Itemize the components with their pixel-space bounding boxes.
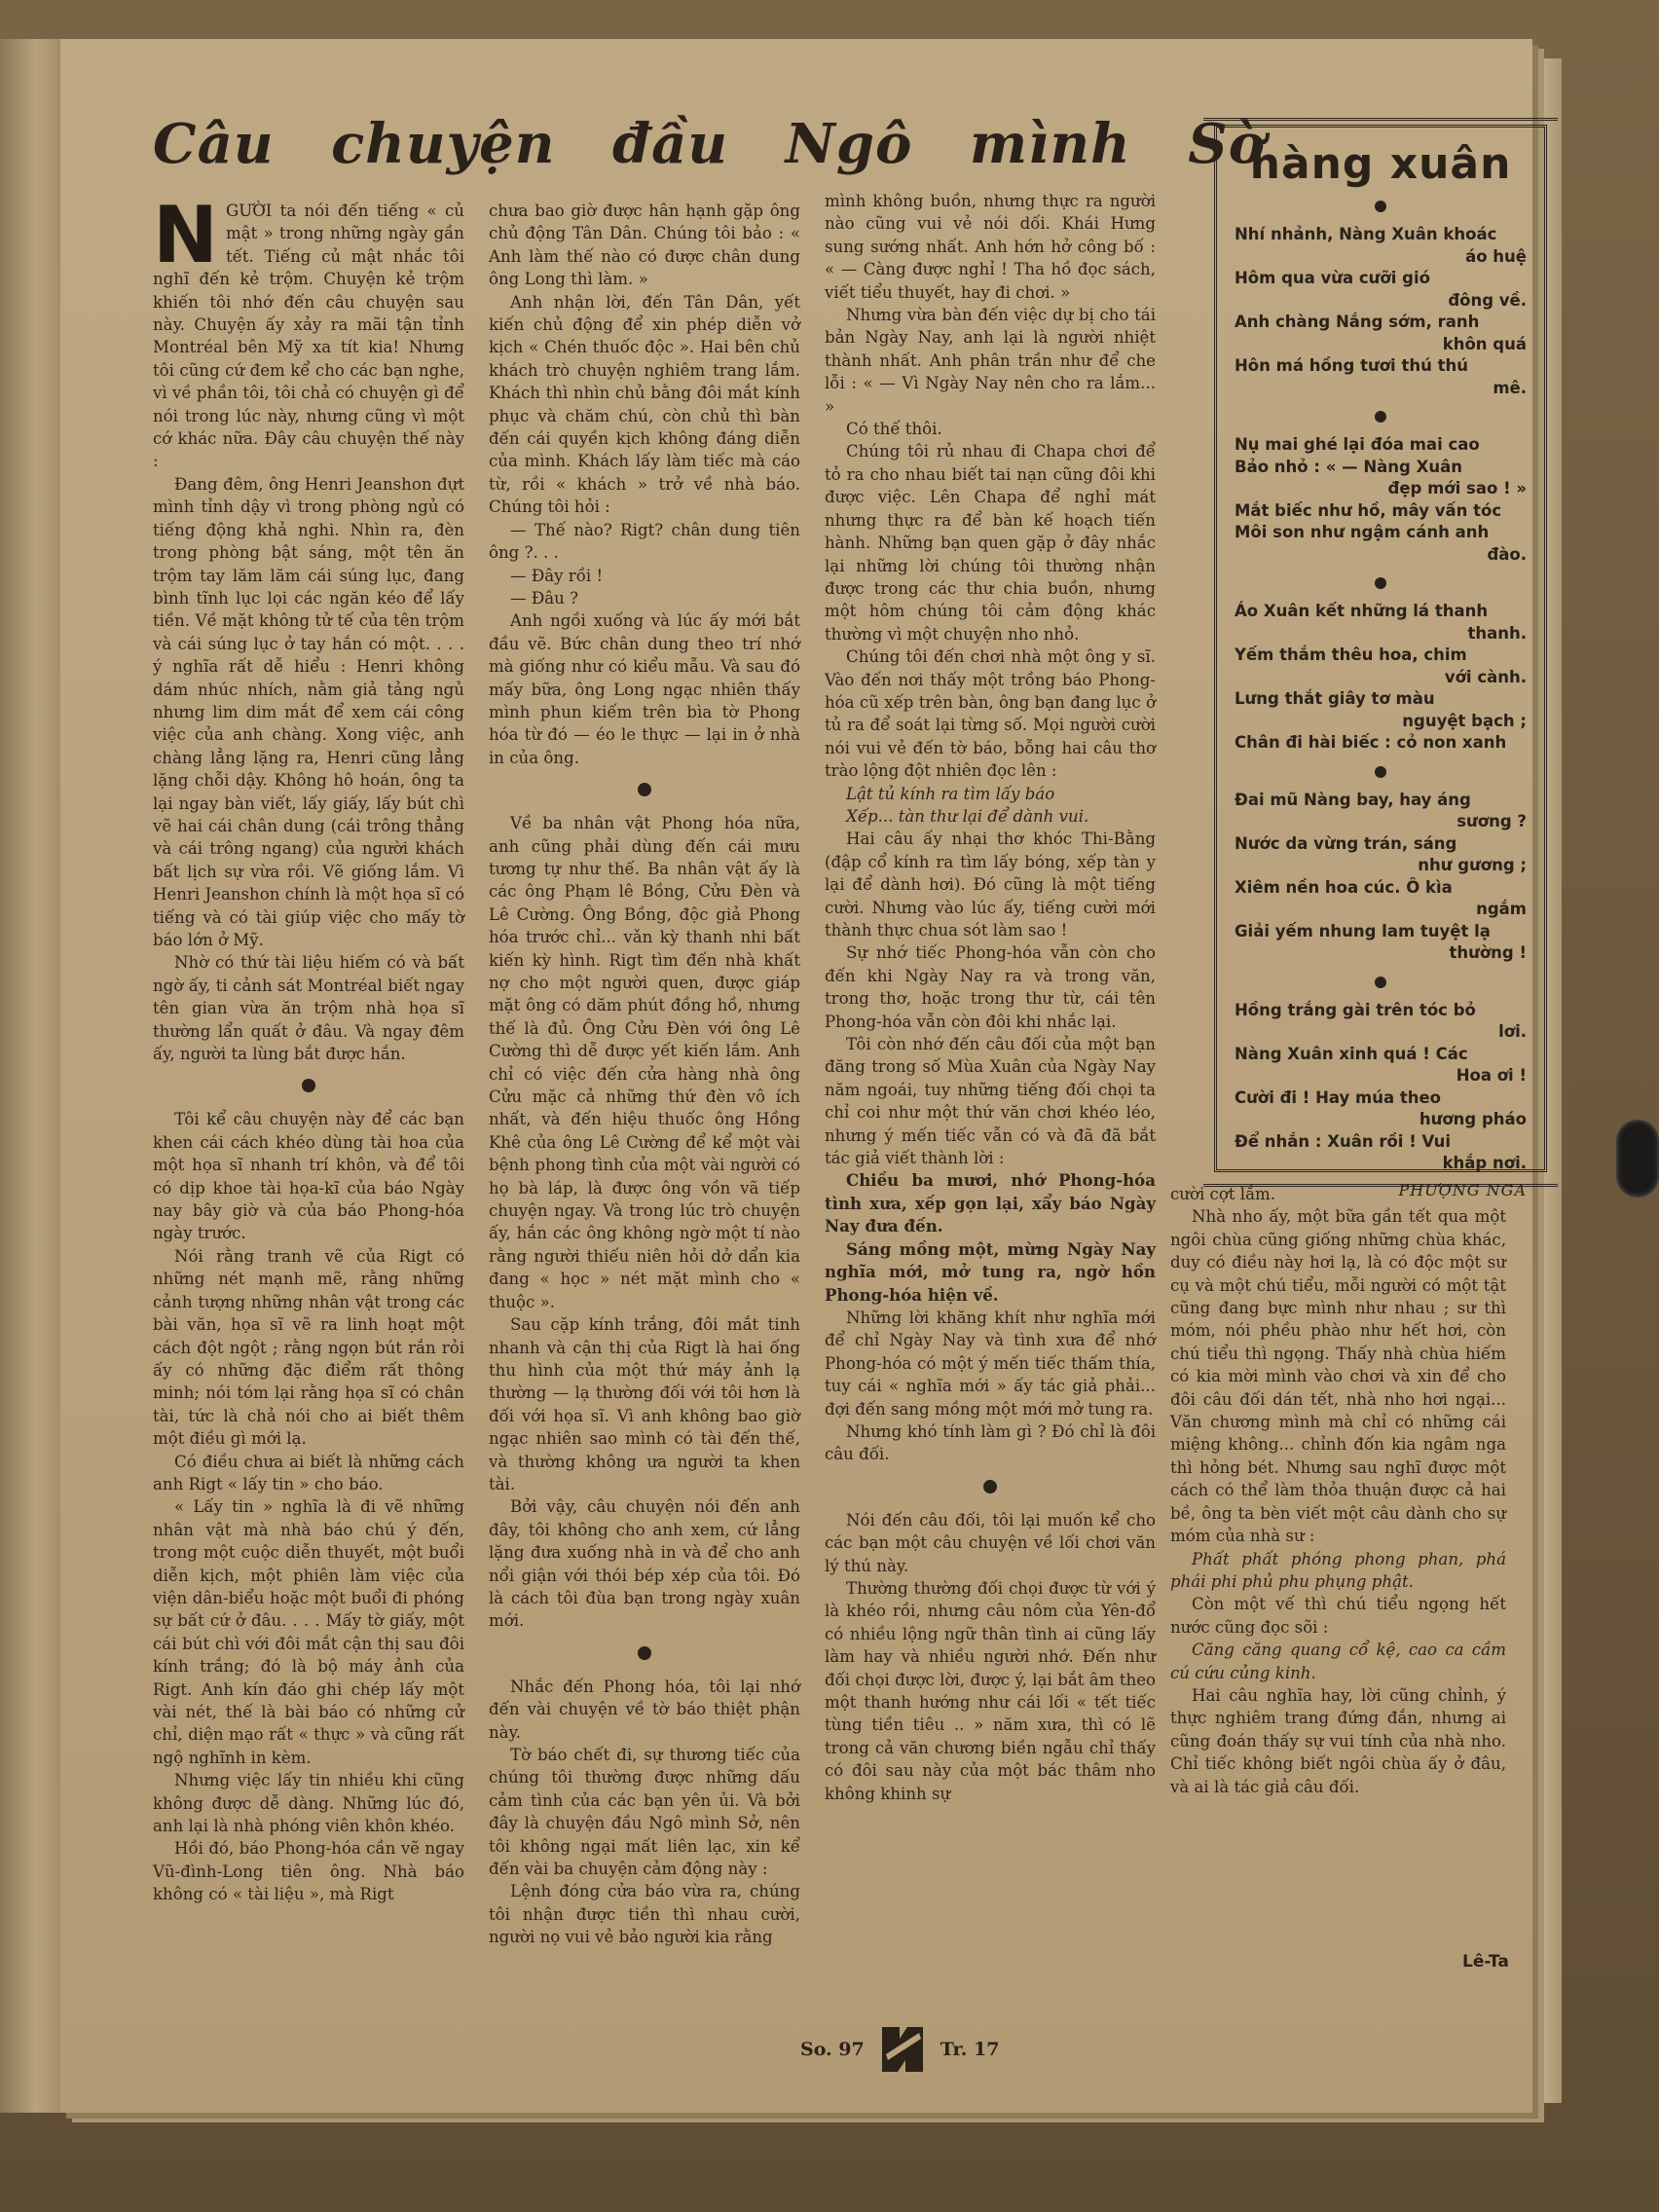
article-paragraph: NGƯỜI ta nói đến tiếng « củ mật » trong … (153, 200, 464, 473)
poem-box: nàng xuân Nhí nhảnh, Nàng Xuân khoácáo h… (1214, 125, 1547, 1172)
article-paragraph: Hai câu nghĩa hay, lời cũng chỉnh, ý thự… (1170, 1684, 1506, 1798)
article-paragraph: Tôi còn nhớ đến câu đối của một bạn đăng… (825, 1033, 1156, 1169)
poem-line: Anh chàng Nắng sớm, ranh (1235, 312, 1527, 334)
section-divider-bullet-icon (638, 783, 651, 796)
poem-stanza: Hồng trắng gài trên tóc bỏlơi.Nàng Xuân … (1235, 1000, 1527, 1175)
stanza-divider-bullet-icon (1375, 577, 1386, 589)
article-paragraph: Sự nhớ tiếc Phong-hóa vẫn còn cho đến kh… (825, 941, 1156, 1033)
poem-line: Lưng thắt giây tơ màu (1235, 688, 1527, 711)
poem-line-continuation: thường ! (1235, 942, 1527, 965)
article-paragraph: Thường thường đối chọi được từ với ý là … (825, 1577, 1156, 1805)
article-paragraph: Còn một vế thì chú tiểu ngọng hết nước c… (1170, 1593, 1506, 1639)
article-paragraph: Nhưng khó tính làm gì ? Đó chỉ là đôi câ… (825, 1420, 1156, 1466)
poem-line: Xiêm nền hoa cúc. Ô kìa (1235, 877, 1527, 900)
article-column-4: cười cợt lắm.Nhà nho ấy, một bữa gần tết… (1170, 1183, 1506, 1798)
poem-line: Bảo nhỏ : « — Nàng Xuân (1235, 457, 1527, 479)
poem-line: Nhí nhảnh, Nàng Xuân khoác (1235, 224, 1527, 246)
article-paragraph: Về ba nhân vật Phong hóa nữa, anh cũng p… (489, 812, 800, 1313)
article-paragraph: Anh nhận lời, đến Tân Dân, yết kiến chủ … (489, 291, 800, 519)
poem-line: Nước da vừng trán, sáng (1235, 833, 1527, 856)
article-paragraph: mình không buồn, nhưng thực ra người nào… (825, 190, 1156, 304)
article-paragraph: Chúng tôi rủ nhau đi Chapa chơi để tỏ ra… (825, 440, 1156, 645)
issue-number: So. 97 (800, 2039, 865, 2060)
article-paragraph: Chiều ba mươi, nhớ Phong-hóa tình xưa, x… (825, 1169, 1156, 1237)
stanza-divider-bullet-icon (1375, 411, 1386, 423)
poem-line-continuation: khắp nơi. (1235, 1153, 1527, 1175)
poem-line-continuation: như gương ; (1235, 855, 1527, 877)
article-paragraph: Những lời khăng khít như nghĩa mới để ch… (825, 1307, 1156, 1420)
article-paragraph: Anh ngồi xuống và lúc ấy mới bắt đầu vẽ.… (489, 609, 800, 769)
article-paragraph: Lệnh đóng cửa báo vừa ra, chúng tôi nhận… (489, 1880, 800, 1948)
section-divider-bullet-icon (638, 1646, 651, 1660)
stanza-divider-bullet-icon (1375, 977, 1386, 988)
article-paragraph: Nhờ có thứ tài liệu hiếm có và bất ngờ ấ… (153, 951, 464, 1065)
poem-stanza: Nhí nhảnh, Nàng Xuân khoácáo huệHôm qua … (1235, 224, 1527, 399)
poem-line-continuation: hương pháo (1235, 1109, 1527, 1131)
previous-page-edge (0, 39, 62, 2113)
poem-line: Nàng Xuân xinh quá ! Các (1235, 1044, 1527, 1066)
poem-line-continuation: mê. (1235, 378, 1527, 400)
poem-line-continuation: sương ? (1235, 811, 1527, 833)
poem-line: Đai mũ Nàng bay, hay áng (1235, 790, 1527, 812)
poem-line: Giải yếm nhung lam tuyệt lạ (1235, 921, 1527, 943)
section-divider-bullet-icon (302, 1079, 315, 1092)
poem-stanza: Đai mũ Nàng bay, hay ángsương ?Nước da v… (1235, 790, 1527, 965)
article-paragraph: Hồi đó, báo Phong-hóa cần vẽ ngay Vũ-đìn… (153, 1837, 464, 1905)
poem-title: nàng xuân (1235, 139, 1527, 189)
article-paragraph: Sau cặp kính trắng, đôi mắt tinh nhanh v… (489, 1313, 800, 1495)
poem-line: Cười đi ! Hay múa theo (1235, 1088, 1527, 1110)
poem-line-continuation: đông về. (1235, 290, 1527, 313)
article-paragraph: Tờ báo chết đi, sự thương tiếc của chúng… (489, 1744, 800, 1880)
article-paragraph: cười cợt lắm. (1170, 1183, 1506, 1205)
poem-line: Nụ mai ghé lại đóa mai cao (1235, 434, 1527, 457)
article-paragraph: — Đây rồi ! (489, 565, 800, 587)
article-column-2: chưa bao giờ được hân hạnh gặp ông chủ đ… (489, 200, 800, 1949)
article-paragraph: — Thế nào? Rigt? chân dung tiên ông ?. .… (489, 519, 800, 565)
drop-cap: N (153, 203, 218, 268)
poem-line-continuation: Hoa ơi ! (1235, 1065, 1527, 1088)
nn-monogram-logo-icon (880, 2025, 925, 2074)
poem-line-continuation: áo huệ (1235, 246, 1527, 269)
section-divider-bullet-icon (983, 1480, 997, 1493)
article-paragraph: chưa bao giờ được hân hạnh gặp ông chủ đ… (489, 200, 800, 291)
poem-line-continuation: đào. (1235, 544, 1527, 567)
article-paragraph: Lật tủ kính ra tìm lấy báo (825, 783, 1156, 805)
poem-line: Hôn má hồng tươi thú thú (1235, 355, 1527, 378)
article-paragraph: Nhắc đến Phong hóa, tôi lại nhớ đến vài … (489, 1676, 800, 1744)
poem-stanza: Nụ mai ghé lại đóa mai caoBảo nhỏ : « — … (1235, 434, 1527, 566)
article-paragraph: Chúng tôi đến chơi nhà một ông y sĩ. Vào… (825, 645, 1156, 782)
poem-line-continuation: khôn quá (1235, 334, 1527, 356)
magazine-page: Câu chuyện đầu Ngô mình Sờ NGƯỜI ta nói … (60, 39, 1532, 2113)
article-paragraph: — Đâu ? (489, 587, 800, 609)
poem-line-continuation: nguyệt bạch ; (1235, 711, 1527, 733)
poem-body: Nhí nhảnh, Nàng Xuân khoácáo huệHôm qua … (1235, 201, 1527, 1175)
poem-line: Mắt biếc như hồ, mây vấn tóc (1235, 500, 1527, 523)
article-paragraph: Sáng mồng một, mừng Ngày Nay nghĩa mới, … (825, 1238, 1156, 1307)
article-paragraph: Nhà nho ấy, một bữa gần tết qua một ngôi… (1170, 1205, 1506, 1547)
poem-line-continuation: ngắm (1235, 899, 1527, 921)
article-paragraph: Có thế thôi. (825, 418, 1156, 440)
article-title: Câu chuyện đầu Ngô mình Sờ (153, 112, 1175, 176)
article-column-3: mình không buồn, nhưng thực ra người nào… (825, 190, 1156, 1805)
poem-line-continuation: thanh. (1235, 623, 1527, 645)
page-number: Tr. 17 (940, 2039, 1000, 2060)
article-signature: Lê-Ta (1462, 1952, 1509, 1972)
article-paragraph: Tôi kể câu chuyện này để các bạn khen cá… (153, 1108, 464, 1244)
poem-line: Yếm thắm thêu hoa, chim (1235, 645, 1527, 667)
article-paragraph: Nói đến câu đối, tôi lại muốn kể cho các… (825, 1509, 1156, 1577)
article-column-1: NGƯỜI ta nói đến tiếng « củ mật » trong … (153, 200, 464, 1906)
article-paragraph: Căng căng quang cổ kệ, cao ca cầm cú cứu… (1170, 1639, 1506, 1684)
article-paragraph: Bởi vậy, câu chuyện nói đến anh đây, tôi… (489, 1495, 800, 1632)
poem-line: Để nhắn : Xuân rồi ! Vui (1235, 1131, 1527, 1154)
poem-line: Hồng trắng gài trên tóc bỏ (1235, 1000, 1527, 1022)
poem-line: Chân đi hài biếc : cỏ non xanh (1235, 732, 1527, 755)
article-paragraph: Nói rằng tranh vẽ của Rigt có những nét … (153, 1245, 464, 1451)
article-paragraph: « Lấy tin » nghĩa là đi vẽ những nhân vậ… (153, 1495, 464, 1769)
article-paragraph: Xếp... tàn thư lại để dành vui. (825, 805, 1156, 828)
stanza-divider-bullet-icon (1375, 766, 1386, 778)
poem-line: Áo Xuân kết những lá thanh (1235, 601, 1527, 623)
poem-line: Môi son như ngậm cánh anh (1235, 522, 1527, 544)
poem-line: Hôm qua vừa cưỡi gió (1235, 268, 1527, 290)
poem-line-continuation: lơi. (1235, 1021, 1527, 1044)
article-paragraph: Nhưng việc lấy tin nhiều khi cũng không … (153, 1769, 464, 1837)
stanza-divider-bullet-icon (1375, 201, 1386, 212)
page-footer: So. 97 Tr. 17 (800, 2025, 999, 2074)
poem-stanza: Áo Xuân kết những lá thanhthanh.Yếm thắm… (1235, 601, 1527, 755)
article-paragraph: Nhưng vừa bàn đến việc dự bị cho tái bản… (825, 304, 1156, 418)
binder-ring (1616, 1120, 1659, 1198)
poem-line-continuation: với cành. (1235, 667, 1527, 689)
article-paragraph: Hai câu ấy nhại thơ khóc Thi-Bằng (đập c… (825, 828, 1156, 941)
poem-line-continuation: đẹp mới sao ! » (1235, 478, 1527, 500)
article-paragraph: Có điều chưa ai biết là những cách anh R… (153, 1451, 464, 1496)
article-paragraph: Phất phất phóng phong phan, phá phái phi… (1170, 1548, 1506, 1594)
article-paragraph: Đang đêm, ông Henri Jeanshon đựt mình tỉ… (153, 473, 464, 952)
